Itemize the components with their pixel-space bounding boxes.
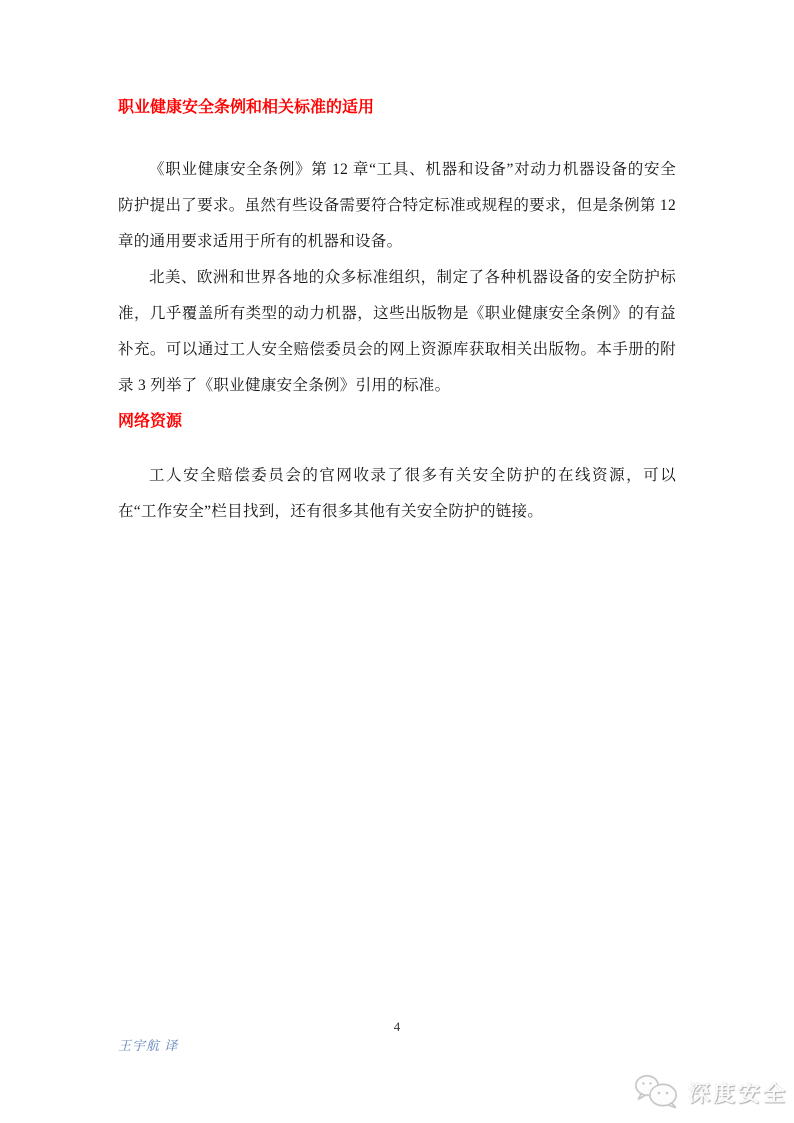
translator-credit: 王宇航 译 xyxy=(118,1035,178,1054)
section-heading-web-resources: 网络资源 xyxy=(118,411,676,433)
document-content: 职业健康安全条例和相关标准的适用 《职业健康安全条例》第 12 章“工具、机器和… xyxy=(0,0,794,530)
page-number: 4 xyxy=(0,1019,794,1035)
paragraph-web-resources-1: 工人安全赔偿委员会的官网收录了很多有关安全防护的在线资源，可以在“工作安全”栏目… xyxy=(118,458,676,530)
paragraph-regulations-1: 《职业健康安全条例》第 12 章“工具、机器和设备”对动力机器设备的安全防护提出… xyxy=(118,152,676,260)
watermark-text: 深度安全 xyxy=(688,1077,788,1108)
paragraph-regulations-2: 北美、欧洲和世界各地的众多标准组织，制定了各种机器设备的安全防护标准，几乎覆盖所… xyxy=(118,260,676,404)
section-heading-regulations: 职业健康安全条例和相关标准的适用 xyxy=(118,97,676,119)
watermark-logo: 深度安全 xyxy=(634,1074,788,1110)
chat-bubbles-icon xyxy=(634,1074,680,1110)
document-page: 职业健康安全条例和相关标准的适用 《职业健康安全条例》第 12 章“工具、机器和… xyxy=(0,0,794,1123)
